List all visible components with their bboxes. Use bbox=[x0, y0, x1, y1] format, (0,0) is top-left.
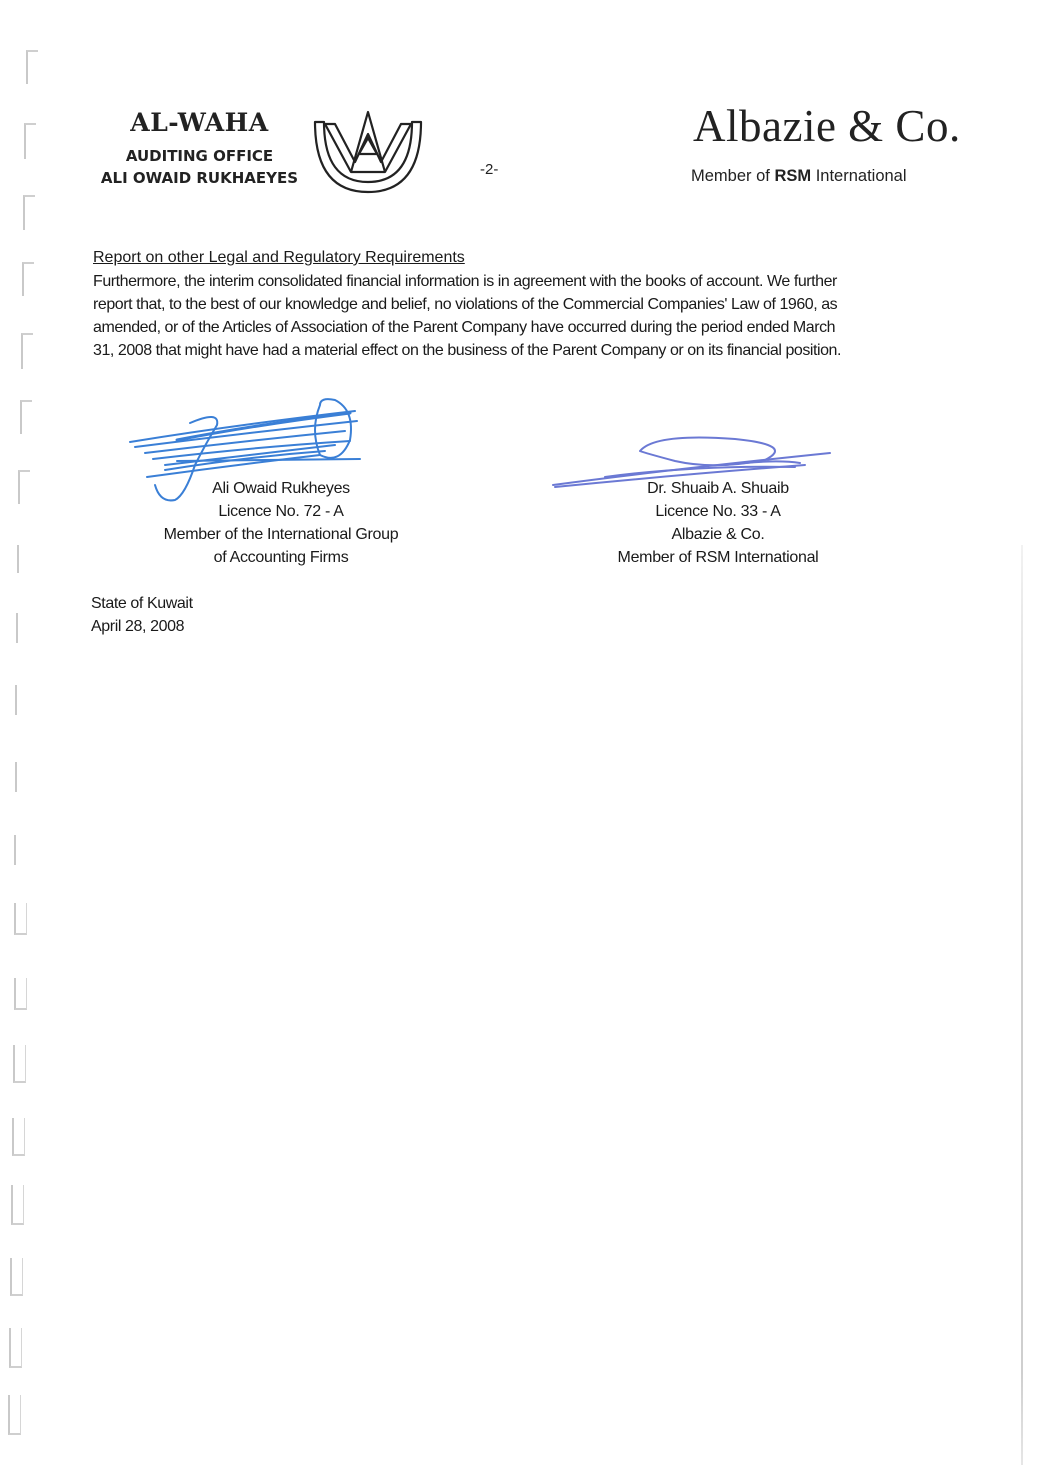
al-waha-office-line: AUDITING OFFICE bbox=[92, 145, 307, 167]
signatory-affiliation: Member of RSM International bbox=[598, 546, 838, 569]
signatory-block-left: Ali Owaid Rukheyes Licence No. 72 - A Me… bbox=[150, 477, 412, 569]
page-number: -2- bbox=[480, 161, 498, 178]
rsm-suffix: International bbox=[811, 167, 906, 185]
body-line: Furthermore, the interim consolidated fi… bbox=[93, 273, 837, 291]
al-waha-aw-monogram-icon bbox=[311, 110, 425, 194]
rsm-prefix: Member of bbox=[691, 167, 774, 185]
al-waha-subtitle: AUDITING OFFICE ALI OWAID RUKHAEYES bbox=[92, 145, 307, 189]
date: April 28, 2008 bbox=[91, 615, 193, 638]
section-title: Report on other Legal and Regulatory Req… bbox=[93, 249, 465, 267]
rsm-brand: RSM bbox=[774, 167, 811, 185]
signatory-affiliation: Member of the International Group bbox=[150, 523, 412, 546]
body-line: amended, or of the Articles of Associati… bbox=[93, 319, 835, 337]
signatory-block-right: Dr. Shuaib A. Shuaib Licence No. 33 - A … bbox=[598, 477, 838, 569]
al-waha-firm-name: AL-WAHA bbox=[122, 108, 277, 137]
signatory-name: Ali Owaid Rukheyes bbox=[150, 477, 412, 500]
albazie-firm-name: Albazie & Co. bbox=[693, 100, 961, 152]
place-and-date: State of Kuwait April 28, 2008 bbox=[91, 592, 193, 638]
place: State of Kuwait bbox=[91, 592, 193, 615]
signatory-affiliation: of Accounting Firms bbox=[150, 546, 412, 569]
page-edge bbox=[1021, 545, 1023, 1465]
body-line: 31, 2008 that might have had a material … bbox=[93, 342, 841, 360]
signatory-affiliation: Albazie & Co. bbox=[598, 523, 838, 546]
rsm-membership: Member of RSM International bbox=[691, 167, 907, 186]
signatory-licence: Licence No. 33 - A bbox=[598, 500, 838, 523]
signatory-licence: Licence No. 72 - A bbox=[150, 500, 412, 523]
signatory-name: Dr. Shuaib A. Shuaib bbox=[598, 477, 838, 500]
body-line: report that, to the best of our knowledg… bbox=[93, 296, 837, 314]
al-waha-owner-line: ALI OWAID RUKHAEYES bbox=[92, 167, 307, 189]
